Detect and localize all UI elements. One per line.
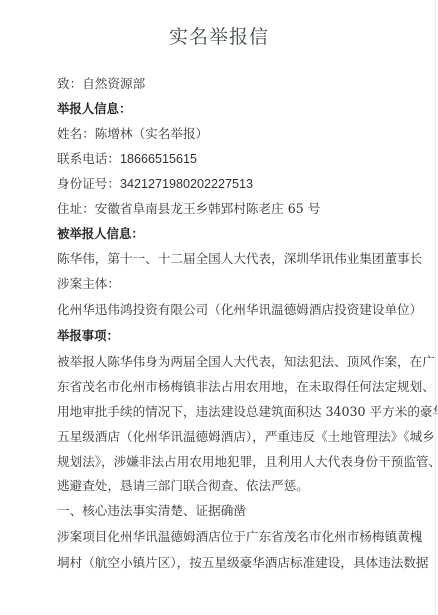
matters-heading: 举报事项： — [57, 328, 427, 344]
reporter-phone-line: 联系电话：18666515615 — [57, 151, 427, 167]
reported-person-line: 陈华伟，第十一、十二届全国人大代表，深圳华讯伟业集团董事长 — [57, 251, 427, 267]
scan-edge-divider — [435, 0, 436, 615]
matters-paragraph-line: 五星级酒店（化州华讯温德姆酒店），严重违反《土地管理法》《城乡 — [57, 429, 427, 445]
reported-heading: 被举报人信息： — [57, 226, 427, 242]
section-one-paragraph-line: 涉案项目化州华讯温德姆酒店位于广东省茂名市化州市杨梅镇黄槐 — [57, 529, 427, 545]
section-one-heading: 一、核心违法事实清楚、证据确凿 — [57, 503, 427, 519]
matters-paragraph-line: 东省茂名市化州市杨梅镇非法占用农用地，在未取得任何法定规划、 — [57, 379, 427, 395]
phone-label: 联系电话： — [57, 151, 120, 166]
entity-label-line: 涉案主体： — [57, 276, 427, 292]
matters-paragraph-line: 规划法》，涉嫌非法占用农用地犯罪，且利用人大代表身份干预监管、 — [57, 454, 427, 470]
section-one-paragraph-line: 垌村（航空小镇片区），按五星级豪华酒店标准建设，具体违法数据 — [57, 555, 427, 571]
reporter-name-line: 姓名：陈增林（实名举报） — [57, 126, 427, 142]
address-label: 住址： — [57, 201, 95, 216]
matters-paragraph-line: 逃避查处，恳请三部门联合彻查、依法严惩。 — [57, 478, 427, 494]
entity-value-line: 化州华迅伟鸿投资有限公司（化州华讯温德姆酒店投资建设单位） — [57, 302, 427, 318]
name-value: 陈增林（实名举报） — [95, 126, 208, 141]
matters-paragraph-line: 用地审批手续的情况下，违法建设总建筑面积达 34030 平方米的豪华 — [57, 404, 427, 420]
id-label: 身份证号： — [57, 176, 120, 191]
recipient-line: 致：自然资源部 — [57, 76, 427, 92]
matters-paragraph-line: 被举报人陈华伟身为两届全国人大代表，知法犯法、顶风作案，在广 — [57, 354, 427, 370]
phone-value: 18666515615 — [120, 152, 197, 166]
reporter-address-line: 住址：安徽省阜南县龙王乡韩郢村陈老庄 65 号 — [57, 201, 427, 217]
reporter-id-line: 身份证号：342127198020222​7513 — [57, 176, 427, 192]
letter-page: 实名举报信 致：自然资源部 举报人信息： 姓名：陈增林（实名举报） 联系电话：1… — [0, 0, 438, 615]
id-value: 342127198020222​7513 — [120, 177, 253, 191]
document-title: 实名举报信 — [0, 24, 438, 50]
address-value: 安徽省阜南县龙王乡韩郢村陈老庄 65 号 — [95, 201, 321, 216]
name-label: 姓名： — [57, 126, 95, 141]
reporter-heading: 举报人信息： — [57, 101, 427, 117]
